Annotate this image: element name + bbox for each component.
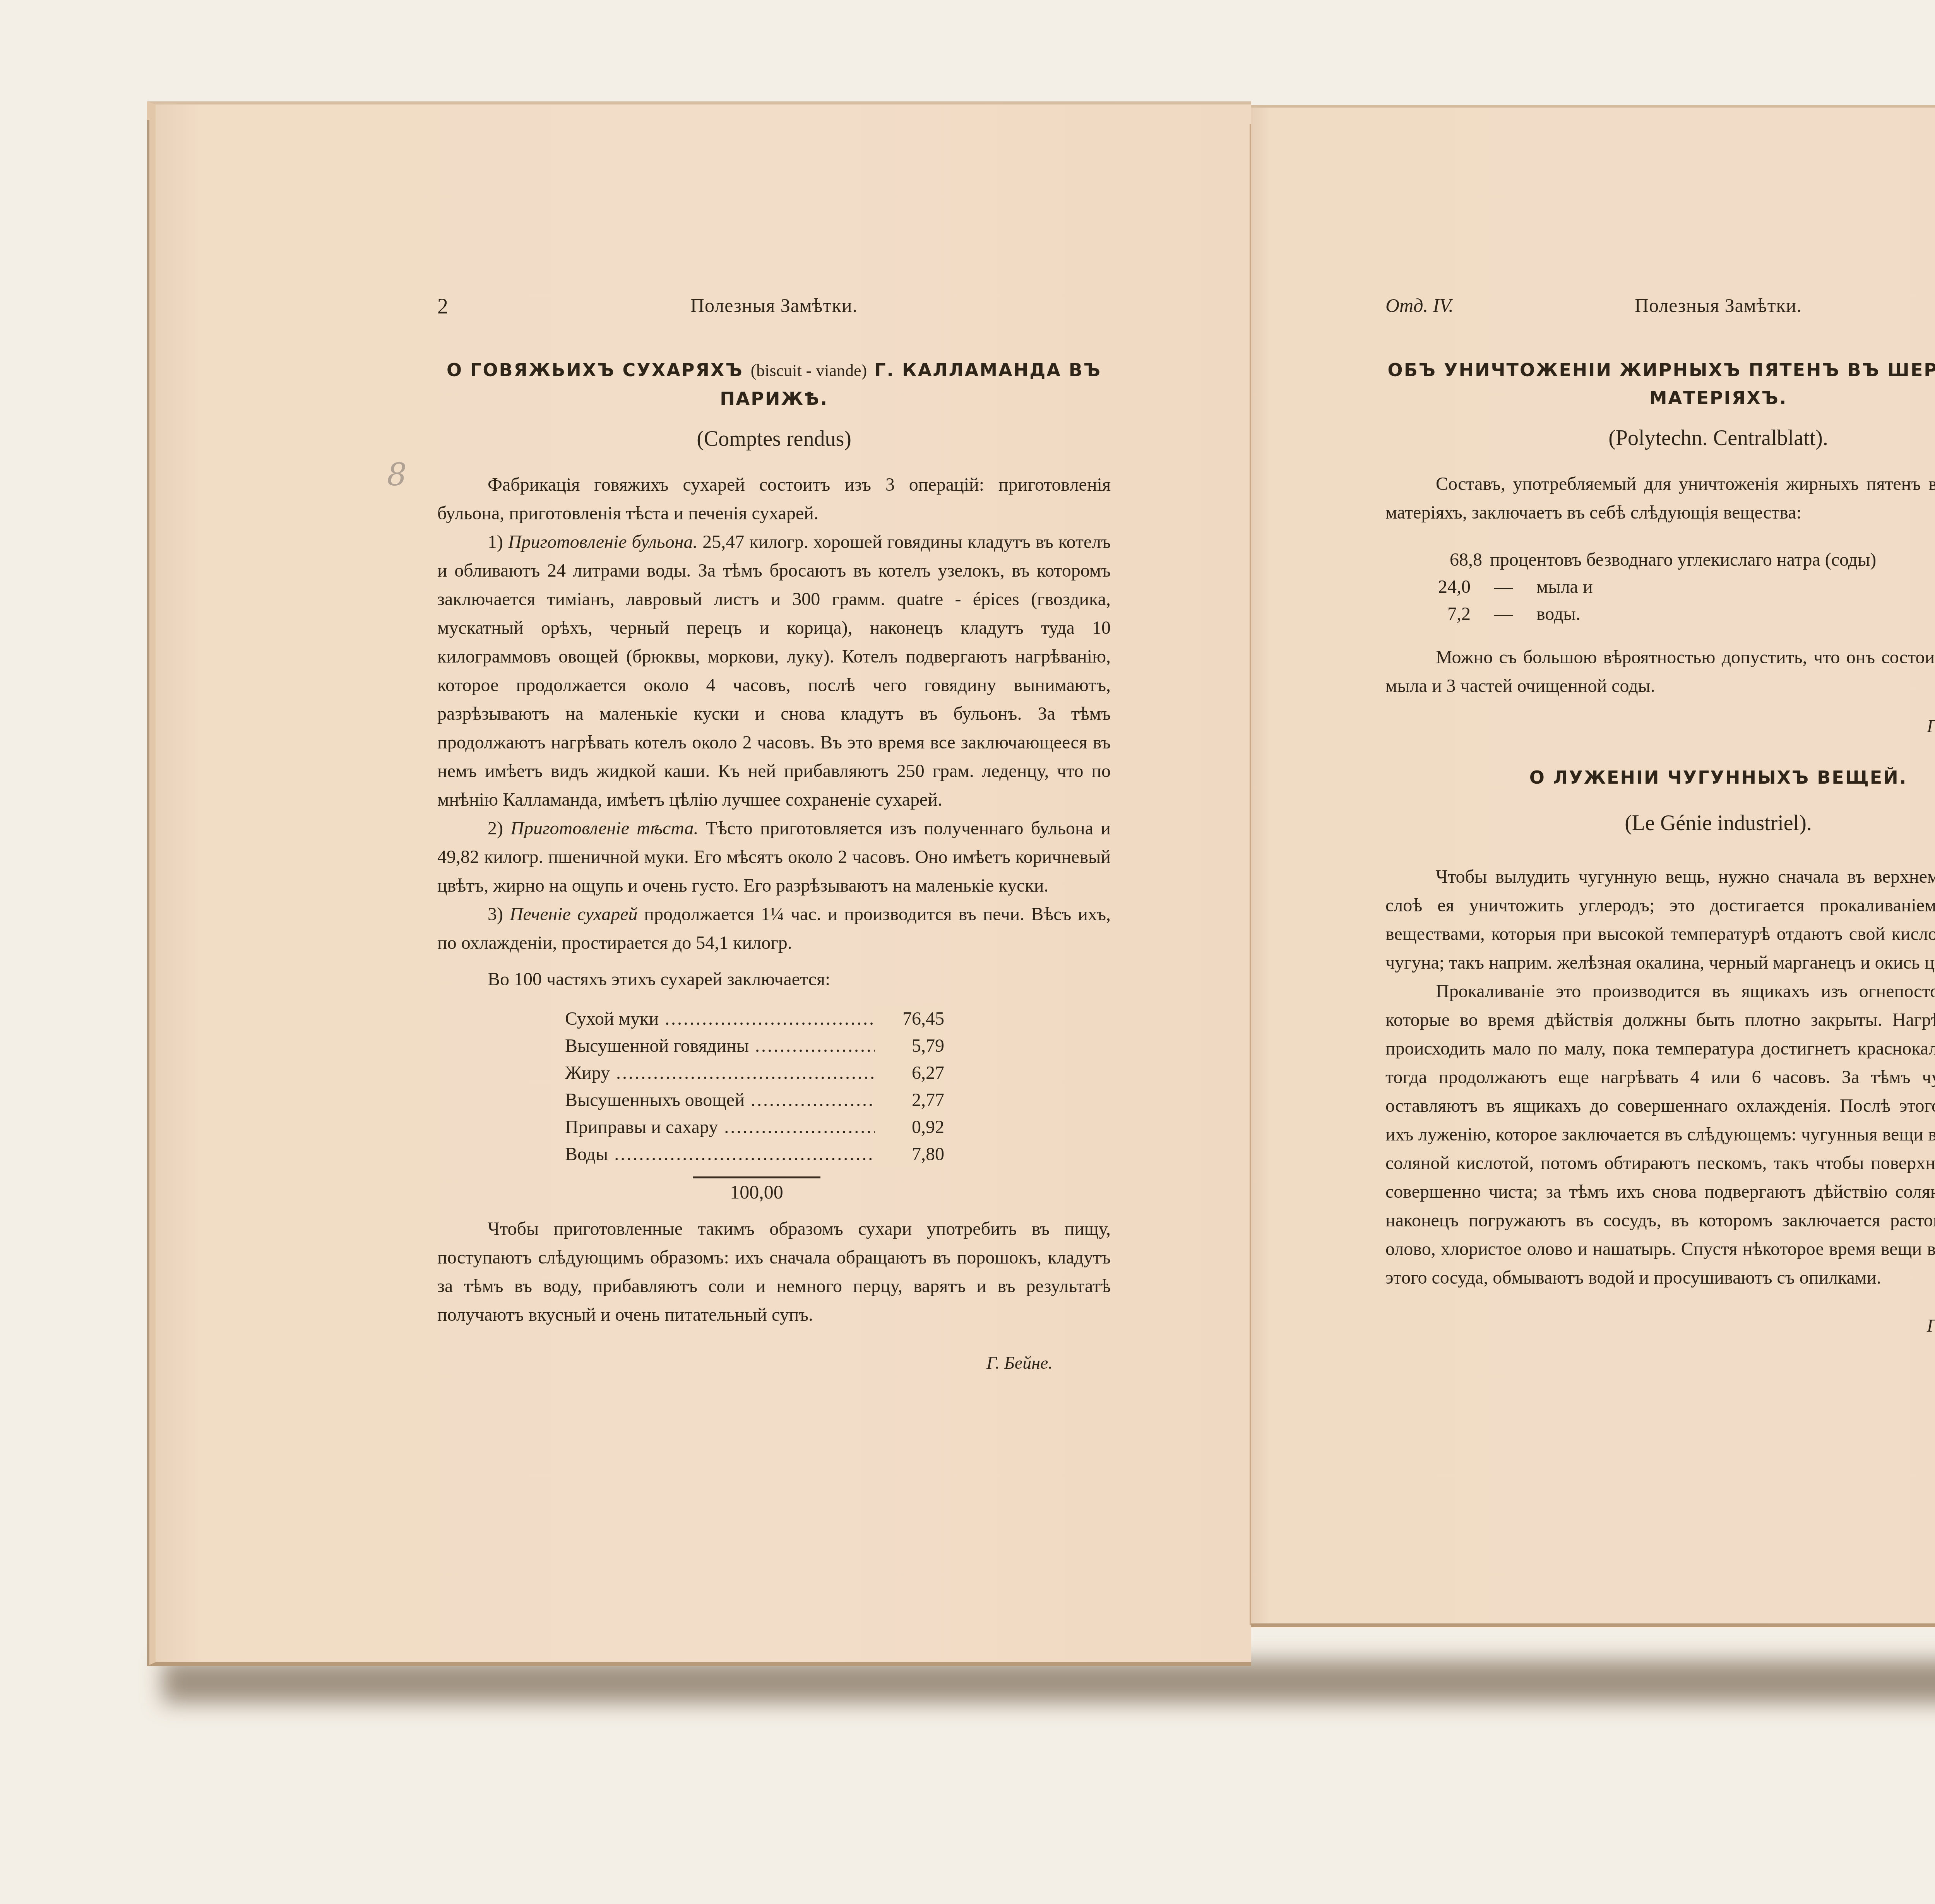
article-source: (Polytechn. Centralblatt). [1385, 426, 1935, 450]
composition-table: Сухой муки76,45Высушенной говядины5,79Жи… [565, 1005, 944, 1168]
composition-total: 100,00 [693, 1181, 820, 1203]
running-title: Полезныя Замѣтки. [437, 294, 1111, 317]
signature: Г. Бейне. [1385, 716, 1935, 736]
intro-paragraph: Составъ, употребляемый для уничтоженія ж… [1385, 470, 1935, 527]
composition-value: 6,27 [875, 1060, 944, 1087]
pencil-annotation: 8 [387, 457, 407, 493]
article-title: Объ уничтоженіи жирныхъ пятенъ въ шерстя… [1385, 356, 1935, 412]
composition-row: Жиру6,27 [565, 1060, 944, 1087]
article-source: (Comptes rendus) [437, 426, 1111, 451]
composition-label: Сухой муки [565, 1005, 875, 1032]
ingredient-row: 24,0—мыла и [1385, 574, 1935, 601]
page-shadow [163, 1660, 1935, 1703]
step-2-paragraph: 2) Приготовленіе тѣста. Тѣсто приготовля… [437, 814, 1111, 900]
composition-value: 0,92 [875, 1114, 944, 1141]
total-rule [693, 1176, 820, 1178]
step-1-paragraph: 1) Приготовленіе бульона. 25,47 килогр. … [437, 528, 1111, 814]
body-paragraph: Прокаливаніе это производится въ ящикахъ… [1385, 977, 1935, 1292]
composition-label: Высушенныхъ овощей [565, 1087, 875, 1114]
composition-value: 2,77 [875, 1087, 944, 1114]
composition-value: 5,79 [875, 1032, 944, 1060]
closing-paragraph: Чтобы приготовленные такимъ образомъ сух… [437, 1215, 1111, 1329]
composition-label: Воды [565, 1141, 875, 1168]
article-title: О луженіи чугунныхъ вещей. [1385, 764, 1935, 791]
ingredient-row: 68,8процентовъ безводнаго углекислаго на… [1385, 546, 1935, 574]
composition-row: Высушенной говядины5,79 [565, 1032, 944, 1060]
composition-row: Воды7,80 [565, 1141, 944, 1168]
book-gutter [1250, 124, 1251, 1625]
body-paragraph: Чтобы вылудить чугунную вещь, нужно снач… [1385, 863, 1935, 977]
right-page: Отд. IV. Полезныя Замѣтки. 3 Объ уничтож… [1385, 286, 1935, 1336]
composition-label: Высушенной говядины [565, 1032, 875, 1060]
left-page: 2 Полезныя Замѣтки. О говяжьихъ сухаряхъ… [437, 286, 1111, 1373]
conclusion-paragraph: Можно съ большою вѣроятностью допустить,… [1385, 643, 1935, 700]
composition-value: 7,80 [875, 1141, 944, 1168]
composition-value: 76,45 [875, 1005, 944, 1032]
ingredient-row: 7,2—воды. [1385, 601, 1935, 628]
composition-row: Высушенныхъ овощей2,77 [565, 1087, 944, 1114]
composition-label: Приправы и сахару [565, 1114, 875, 1141]
signature: Г. Бейне. [437, 1353, 1111, 1373]
composition-row: Приправы и сахару0,92 [565, 1114, 944, 1141]
ingredient-list: 68,8процентовъ безводнаго углекислаго на… [1385, 546, 1935, 628]
composition-row: Сухой муки76,45 [565, 1005, 944, 1032]
running-title: Полезныя Замѣтки. [1385, 294, 1935, 317]
intro-paragraph: Фабрикація говяжихъ сухарей состоитъ изъ… [437, 471, 1111, 528]
running-head: 2 Полезныя Замѣтки. [437, 286, 1111, 333]
step-3-paragraph: 3) Печеніе сухарей продолжается 1¼ час. … [437, 900, 1111, 957]
article-source: (Le Génie industriel). [1385, 811, 1935, 836]
signature: Г. Бейне. [1385, 1315, 1935, 1336]
running-head: Отд. IV. Полезныя Замѣтки. 3 [1385, 286, 1935, 333]
article-title: О говяжьихъ сухаряхъ (biscuit - viande) … [437, 356, 1111, 413]
composition-intro: Во 100 частяхъ этихъ сухарей заключается… [437, 965, 1111, 994]
composition-label: Жиру [565, 1060, 875, 1087]
